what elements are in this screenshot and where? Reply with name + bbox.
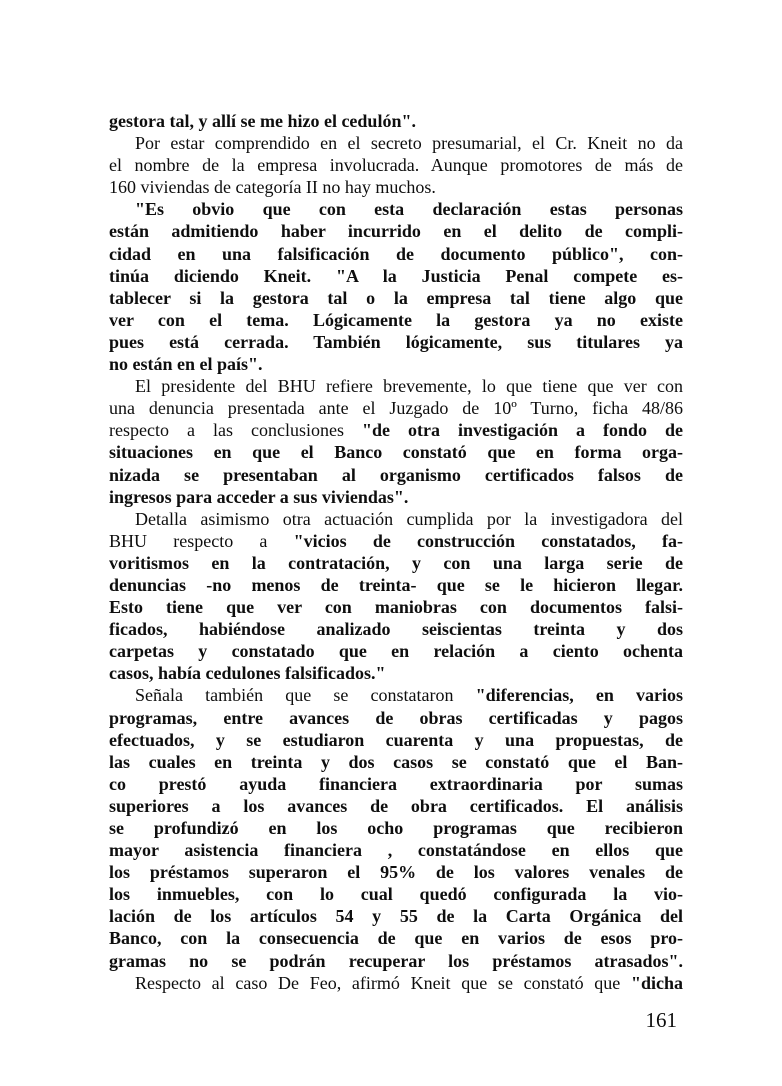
text-line: pues está cerrada. También lógicamente, … — [109, 331, 683, 353]
bold-text-segment: ficados, habiéndose analizado seiscienta… — [109, 619, 683, 639]
bold-text-segment: no están en el país". — [109, 354, 263, 374]
text-line: Por estar comprendido en el secreto pres… — [109, 132, 683, 154]
text-line: gramas no se podrán recuperar los présta… — [109, 950, 683, 972]
bold-text-segment: "dicha — [631, 973, 683, 993]
text-line: situaciones en que el Banco constató que… — [109, 441, 683, 463]
bold-text-segment: los préstamos superaron el 95% de los va… — [109, 862, 683, 882]
paragraph: Por estar comprendido en el secreto pres… — [109, 132, 683, 198]
text-line: casos, había cedulones falsificados." — [109, 662, 683, 684]
text-line: denuncias -no menos de treinta- que se l… — [109, 574, 683, 596]
bold-text-segment: gramas no se podrán recuperar los présta… — [109, 951, 683, 971]
page-number: 161 — [646, 1008, 678, 1032]
text-line: cidad en una falsificación de documento … — [109, 243, 683, 265]
text-segment: 160 viviendas de categoría II no hay muc… — [109, 177, 436, 197]
text-line: mayor asistencia financiera , constatánd… — [109, 839, 683, 861]
bold-text-segment: carpetas y constatado que en relación a … — [109, 641, 683, 661]
text-segment: Señala también que se constataron — [135, 685, 476, 705]
bold-text-segment: están admitiendo haber incurrido en el d… — [109, 221, 683, 241]
bold-text-segment: "Es obvio que con esta declaración estas… — [135, 199, 683, 219]
bold-text-segment: lación de los artículos 54 y 55 de la Ca… — [109, 906, 683, 926]
bold-text-segment: "diferencias, en varios — [476, 685, 683, 705]
text-line: superiores a los avances de obra certifi… — [109, 795, 683, 817]
text-line: "Es obvio que con esta declaración estas… — [109, 198, 683, 220]
text-line: Banco, con la consecuencia de que en var… — [109, 927, 683, 949]
text-line: el nombre de la empresa involucrada. Aun… — [109, 154, 683, 176]
bold-text-segment: casos, había cedulones falsificados." — [109, 663, 386, 683]
text-segment: El presidente del BHU refiere brevemente… — [135, 376, 683, 396]
text-line: 160 viviendas de categoría II no hay muc… — [109, 176, 683, 198]
bold-text-segment: tablecer si la gestora tal o la empresa … — [109, 288, 683, 308]
text-segment: Respecto al caso De Feo, afirmó Kneit qu… — [135, 973, 631, 993]
paragraph: "Es obvio que con esta declaración estas… — [109, 198, 683, 375]
text-line: Señala también que se constataron "difer… — [109, 684, 683, 706]
text-line: Esto tiene que ver con maniobras con doc… — [109, 596, 683, 618]
paragraph: Detalla asimismo otra actuación cumplida… — [109, 508, 683, 685]
scanned-book-page: gestora tal, y allí se me hizo el ceduló… — [0, 0, 782, 1086]
text-line: se profundizó en los ocho programas que … — [109, 817, 683, 839]
text-line: no están en el país". — [109, 353, 683, 375]
bold-text-segment: cidad en una falsificación de documento … — [109, 244, 683, 264]
text-line: tinúa diciendo Kneit. "A la Justicia Pen… — [109, 265, 683, 287]
bold-text-segment: denuncias -no menos de treinta- que se l… — [109, 575, 683, 595]
text-segment: respecto a las conclusiones — [109, 420, 362, 440]
bold-text-segment: se profundizó en los ocho programas que … — [109, 818, 683, 838]
text-line: Detalla asimismo otra actuación cumplida… — [109, 508, 683, 530]
text-line: ficados, habiéndose analizado seiscienta… — [109, 618, 683, 640]
bold-text-segment: ingresos para acceder a sus viviendas". — [109, 487, 408, 507]
bold-text-segment: superiores a los avances de obra certifi… — [109, 796, 683, 816]
text-line: están admitiendo haber incurrido en el d… — [109, 220, 683, 242]
bold-text-segment: gestora tal, y allí se me hizo el ceduló… — [109, 111, 416, 131]
bold-text-segment: "de otra investigación a fondo de — [362, 420, 683, 440]
text-line: co prestó ayuda financiera extraordinari… — [109, 773, 683, 795]
text-line: carpetas y constatado que en relación a … — [109, 640, 683, 662]
text-segment: el nombre de la empresa involucrada. Aun… — [109, 155, 683, 175]
bold-text-segment: mayor asistencia financiera , constatánd… — [109, 840, 683, 860]
text-line: gestora tal, y allí se me hizo el ceduló… — [109, 110, 683, 132]
body-text: gestora tal, y allí se me hizo el ceduló… — [109, 110, 683, 994]
text-line: tablecer si la gestora tal o la empresa … — [109, 287, 683, 309]
text-segment: Por estar comprendido en el secreto pres… — [135, 133, 683, 153]
text-line: las cuales en treinta y dos casos se con… — [109, 751, 683, 773]
bold-text-segment: situaciones en que el Banco constató que… — [109, 442, 683, 462]
bold-text-segment: programas, entre avances de obras certif… — [109, 708, 683, 728]
text-line: El presidente del BHU refiere brevemente… — [109, 375, 683, 397]
text-line: Respecto al caso De Feo, afirmó Kneit qu… — [109, 972, 683, 994]
bold-text-segment: los inmuebles, con lo cual quedó configu… — [109, 884, 683, 904]
bold-text-segment: efectuados, y se estudiaron cuarenta y u… — [109, 730, 683, 750]
text-line: ver con el tema. Lógicamente la gestora … — [109, 309, 683, 331]
text-line: una denuncia presentada ante el Juzgado … — [109, 397, 683, 419]
text-line: nizada se presentaban al organismo certi… — [109, 464, 683, 486]
text-segment: una denuncia presentada ante el Juzgado … — [109, 398, 683, 418]
bold-text-segment: las cuales en treinta y dos casos se con… — [109, 752, 683, 772]
text-line: voritismos en la contratación, y con una… — [109, 552, 683, 574]
text-segment: BHU respecto a — [109, 531, 294, 551]
text-line: programas, entre avances de obras certif… — [109, 707, 683, 729]
text-line: los inmuebles, con lo cual quedó configu… — [109, 883, 683, 905]
paragraph: El presidente del BHU refiere brevemente… — [109, 375, 683, 508]
bold-text-segment: co prestó ayuda financiera extraordinari… — [109, 774, 683, 794]
bold-text-segment: pues está cerrada. También lógicamente, … — [109, 332, 683, 352]
text-line: lación de los artículos 54 y 55 de la Ca… — [109, 905, 683, 927]
text-line: los préstamos superaron el 95% de los va… — [109, 861, 683, 883]
bold-text-segment: tinúa diciendo Kneit. "A la Justicia Pen… — [109, 266, 683, 286]
paragraph: Señala también que se constataron "difer… — [109, 684, 683, 971]
bold-text-segment: "vicios de construcción constatados, fa- — [294, 531, 683, 551]
paragraph: Respecto al caso De Feo, afirmó Kneit qu… — [109, 972, 683, 994]
text-line: BHU respecto a "vicios de construcción c… — [109, 530, 683, 552]
bold-text-segment: voritismos en la contratación, y con una… — [109, 553, 683, 573]
bold-text-segment: Banco, con la consecuencia de que en var… — [109, 928, 683, 948]
text-segment: Detalla asimismo otra actuación cumplida… — [135, 509, 683, 529]
bold-text-segment: ver con el tema. Lógicamente la gestora … — [109, 310, 683, 330]
paragraph: gestora tal, y allí se me hizo el ceduló… — [109, 110, 683, 132]
text-line: ingresos para acceder a sus viviendas". — [109, 486, 683, 508]
bold-text-segment: nizada se presentaban al organismo certi… — [109, 465, 683, 485]
text-line: respecto a las conclusiones "de otra inv… — [109, 419, 683, 441]
text-line: efectuados, y se estudiaron cuarenta y u… — [109, 729, 683, 751]
bold-text-segment: Esto tiene que ver con maniobras con doc… — [109, 597, 683, 617]
